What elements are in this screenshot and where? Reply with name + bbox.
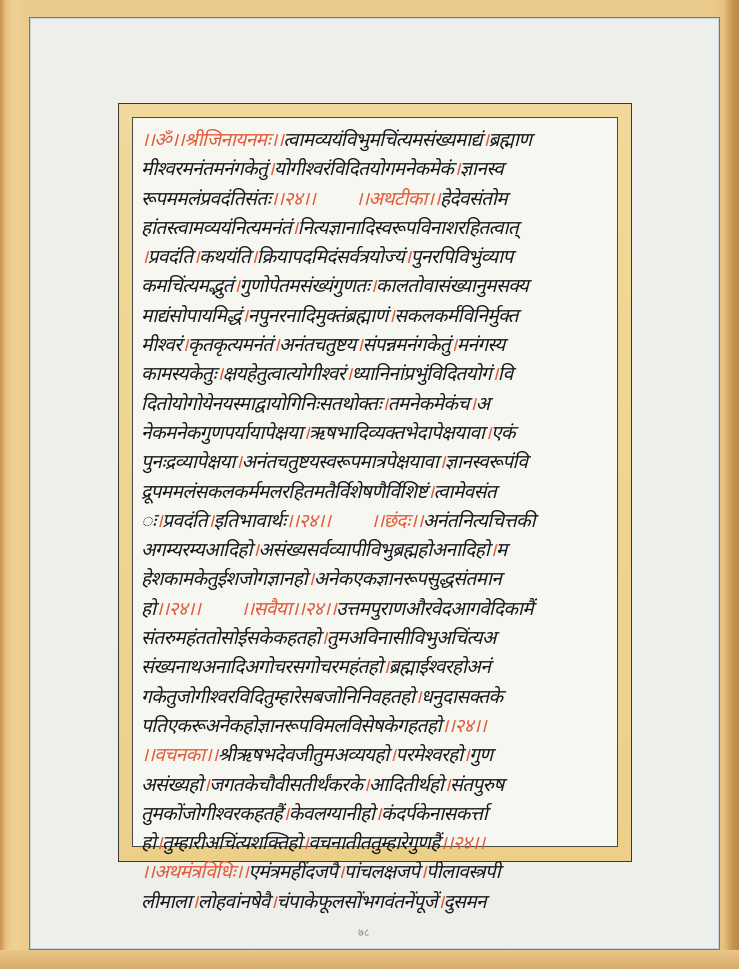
rubric-text: ।।सवैया।।२४।।: [240, 598, 336, 620]
rubric-text: ।: [337, 861, 344, 883]
rubric-text: ।: [369, 275, 376, 297]
body-text: तुमकोंजोगीश्वरकहतहैं: [141, 803, 282, 825]
rubric-text: ।: [181, 334, 188, 356]
manuscript-line: हांतस्त्वामव्ययंनित्यमनंतं।नित्यज्ञानादि…: [141, 214, 611, 243]
rubric-text: ।: [307, 568, 314, 590]
rubric-text: ।: [302, 422, 309, 444]
body-text: ज्ञानस्वरूपंवि: [445, 451, 527, 473]
rubric-text: ।।अथटीका।।: [355, 188, 440, 210]
manuscript-line: हो।।२४।।।।सवैया।।२४।।उत्तमपुराणऔरवेदआगवे…: [141, 595, 611, 624]
body-text: तमनेकमेकंच: [388, 393, 469, 415]
body-text: ब्रह्माईश्वरहोअनं: [389, 656, 490, 678]
rubric-text: ।।२४।।: [441, 715, 486, 737]
body-text: नपुनरनादिमुक्तं: [248, 305, 345, 327]
rubric-text: ।: [250, 246, 257, 268]
body-text: संतरुमहंततोसोईसकेकहतहो: [141, 627, 320, 649]
rubric-text: ।: [482, 129, 489, 151]
body-text: पांचलक्षजपे: [344, 861, 420, 883]
manuscript-line: कामस्यकेतुः।क्षयहेतुत्वात्योगीश्वरं।ध्या…: [141, 360, 611, 389]
body-text: मीश्वरमनंतमनंगकेतुं: [141, 158, 267, 180]
manuscript-line: संख्यनाथअनादिअगोचरसगोचरमहंतहो।ब्रह्माईश्…: [141, 653, 611, 682]
text-panel: ।।ॐ।।श्रीजिनायनमः।।त्वामव्ययंविभुमचिंत्य…: [132, 117, 618, 847]
rubric-text: ।।अथमंत्रविधिः।।: [141, 861, 248, 883]
rubric-text: ।: [374, 803, 381, 825]
body-text: तुमअविनासीविभुअचिंत्यअ: [327, 627, 496, 649]
body-text: अ: [475, 393, 489, 415]
manuscript-line: द्रूपममलंसकलकर्ममलरहितमतैर्विशेषणैर्विशि…: [141, 478, 611, 507]
rubric-text: ।: [404, 246, 411, 268]
body-text: कृतकृत्यमनंतं: [188, 334, 272, 356]
manuscript-line: ।।अथमंत्रविधिः।।एमंत्रमहींदजपै।पांचलक्षज…: [141, 858, 611, 887]
manuscript-line: माद्यंसोपायमिद्धं।नपुनरनादिमुक्तंब्रह्मा…: [141, 302, 611, 331]
manuscript-line: असंख्यहो।जगतकेचौवीसतीर्थंकरके।आदितीर्थहो…: [141, 771, 611, 800]
body-text: वि: [498, 363, 513, 385]
body-text: तुम्हारीअचिंत्यशक्तिहो: [162, 832, 302, 854]
body-text: परमेश्वरहो: [395, 744, 462, 766]
body-text: लोहवांनषेवै: [198, 891, 270, 913]
rubric-text: ।: [484, 422, 491, 444]
rubric-text: ।: [381, 393, 388, 415]
body-text: संपन्नमनंगकेतुं: [362, 334, 450, 356]
manuscript-line: ।प्रवदंति।कथयंति।क्रियापदमिदंसर्वत्रयोज्…: [141, 243, 611, 272]
body-text: अनंतनित्यचित्तकी: [423, 510, 535, 532]
rubric-text: ।: [191, 891, 198, 913]
manuscript-line: गकेतुजोगीश्वरविदितुम्हारेसबजोनिनिवहतहो।ध…: [141, 683, 611, 712]
body-text: लीमाला: [141, 891, 191, 913]
rubric-text: ।: [241, 305, 248, 327]
rubric-text: ।: [267, 158, 274, 180]
body-text: नेकमनेकगुणपर्यायापेक्षया: [141, 422, 302, 444]
rubric-text: ।: [272, 334, 279, 356]
body-text: द्रूपममलंसकलकर्ममलरहितमतैर्विशेषणैर्विशि…: [141, 481, 427, 503]
body-text: मीश्वरं: [141, 334, 181, 356]
body-text: हो: [141, 832, 155, 854]
body-text: असंख्यसर्वव्यापीविभुब्रह्महोअनादिहो: [258, 539, 489, 561]
body-text: त्वामव्ययंविभुमचिंत्यमसंख्यमाद्यं: [283, 129, 482, 151]
body-text: आदितीर्थहो: [369, 774, 443, 796]
manuscript-line: ।।वचनका।।श्रीऋषभदेवजीतुमअव्ययहो।परमेश्वर…: [141, 741, 611, 770]
rubric-text: ।: [427, 481, 434, 503]
body-text: मनंगस्य: [457, 334, 505, 356]
body-text: प्रवदंति: [148, 246, 193, 268]
manuscript-line: अगम्यरम्यआदिहो।असंख्यसर्वव्यापीविभुब्रह्…: [141, 536, 611, 565]
body-text: कामस्यकेतुः: [141, 363, 216, 385]
manuscript-line: नेकमनेकगुणपर्यायापेक्षया।ऋषभादिव्यक्तभेद…: [141, 419, 611, 448]
body-text: क्रियापदमिदंसर्वत्रयोज्यं: [257, 246, 404, 268]
manuscript-line: हो।तुम्हारीअचिंत्यशक्तिहो।वचनातीततुम्हार…: [141, 829, 611, 858]
body-text: रूपममलंप्रवदंतिसंतः: [141, 188, 270, 210]
body-text: ऋषभादिव्यक्तभेदापेक्षयावा: [309, 422, 484, 444]
body-text: ध्यानिनांप्रभुंविदितयोगं: [352, 363, 492, 385]
manuscript-line: पुनःद्रव्यापेक्षया।अनंतचतुष्टयस्वरूपमात्…: [141, 448, 611, 477]
body-text: प्रवदंति: [162, 510, 207, 532]
body-text: गकेतुजोगीश्वरविदितुम्हारेसबजोनिनिवहतहो: [141, 686, 414, 708]
rubric-text: ।: [419, 861, 426, 883]
rubric-text: ।: [362, 774, 369, 796]
body-text: त्वामेवसंत: [434, 481, 497, 503]
body-text: माद्यंसोपायमिद्धं: [141, 305, 241, 327]
manuscript-line: पतिएकरूअनेकहोज्ञानरूपविमलविसेषकेगहतहो।।२…: [141, 712, 611, 741]
manuscript-line: हेशकामकेतुईशजोगज्ञानहो।अनेकएकज्ञानरूपसुद…: [141, 565, 611, 594]
body-text: हेशकामकेतुईशजोगज्ञानहो: [141, 568, 307, 590]
manuscript-line: तुमकोंजोगीश्वरकहतहैं।केवलग्यानीहो।कंदर्प…: [141, 800, 611, 829]
body-text: नित्यज्ञानादिस्वरूपविनाशरहितत्वात्: [298, 217, 519, 239]
body-text: अनंतचतुष्टयस्वरूपमात्रपेक्षयावा: [241, 451, 438, 473]
body-text: हेदेवसंतोम: [440, 188, 507, 210]
page-number: ७८: [358, 925, 369, 940]
body-text: म: [496, 539, 507, 561]
body-text: क्षयहेतुत्वात्योगीश्वरं: [223, 363, 345, 385]
body-text: संतपुरुष: [450, 774, 504, 796]
body-text: इतिभावार्थः: [214, 510, 286, 532]
rubric-text: ।: [453, 158, 460, 180]
rubric-text: ।: [216, 363, 223, 385]
manuscript-line: कमचिंत्यमद्भुतं।गुणोपेतमसंख्यंगुणतः।कालत…: [141, 272, 611, 301]
rubric-text: ।: [491, 363, 498, 385]
book-board-bottom-edge: [0, 950, 739, 969]
body-text: जगतकेचौवीसतीर्थंकरके: [209, 774, 362, 796]
rubric-text: ।।छंदः।।: [370, 510, 422, 532]
rubric-text: ।: [414, 686, 421, 708]
body-text: दुसमन: [444, 891, 486, 913]
body-text: चंपाकेफूलसोंभगवंतनेंपूजें: [276, 891, 437, 913]
body-text: उत्तमपुराणऔरवेदआगवेदिकामैं: [336, 598, 533, 620]
body-text: एकं: [491, 422, 515, 444]
body-text: कालतोवासंख्यानुमसक्य: [376, 275, 528, 297]
body-text: ब्रह्माण: [489, 129, 532, 151]
body-text: हांतस्त्वामव्ययंनित्यमनंतं: [141, 217, 291, 239]
body-text: हो: [141, 598, 155, 620]
body-text: धनुदासक्तके: [421, 686, 503, 708]
rubric-text: ।।वचनका।।: [141, 744, 218, 766]
manuscript-line: रूपममलंप्रवदंतिसंतः।।२४।।।।अथटीका।।हेदेव…: [141, 185, 611, 214]
rubric-text: ।: [141, 246, 148, 268]
manuscript-line: संतरुमहंततोसोईसकेकहतहो।तुमअविनासीविभुअचि…: [141, 624, 611, 653]
body-text: ः: [141, 510, 156, 532]
body-text: कंदर्पकेनासकर्त्ता: [381, 803, 487, 825]
rubric-text: ।।२४।।: [155, 598, 200, 620]
rubric-text: ।: [320, 627, 327, 649]
body-text: पीलावस्त्रपी: [426, 861, 500, 883]
manuscript-line: मीश्वरमनंतमनंगकेतुं।योगीश्वरंविदितयोगमने…: [141, 155, 611, 184]
rubric-text: ।: [443, 774, 450, 796]
rubric-text: ।: [450, 334, 457, 356]
body-text: अनेकएकज्ञानरूपसुद्धसंतमान: [314, 568, 501, 590]
body-text: कमचिंत्यमद्भुतं: [141, 275, 233, 297]
body-text: ब्रह्माणं: [345, 305, 388, 327]
body-text: केवलग्यानीहो: [289, 803, 375, 825]
body-text: पुनरपिविभुंव्याप: [411, 246, 513, 268]
rubric-text: ।।२४।।: [440, 832, 485, 854]
manuscript-line: ।।ॐ।।श्रीजिनायनमः।।त्वामव्ययंविभुमचिंत्य…: [141, 126, 611, 155]
body-text: योगीश्वरंविदितयोगमनेकमेकं: [274, 158, 453, 180]
body-text: गुण: [469, 744, 492, 766]
rubric-text: ।: [438, 451, 445, 473]
body-text: पुनःद्रव्यापेक्षया: [141, 451, 235, 473]
manuscript-line: लीमाला।लोहवांनषेवै।चंपाकेफूलसोंभगवंतनेंप…: [141, 888, 611, 917]
body-text: अनंतचतुष्टय: [279, 334, 356, 356]
body-text: गुणोपेतमसंख्यंगुणतः: [239, 275, 369, 297]
body-text: पतिएकरूअनेकहोज्ञानरूपविमलविसेषकेगहतहो: [141, 715, 441, 737]
rubric-text: ।: [437, 891, 444, 913]
rubric-text: ।: [382, 656, 389, 678]
body-text: कथयंति: [199, 246, 250, 268]
body-text: श्रीऋषभदेवजीतुमअव्ययहो: [218, 744, 389, 766]
manuscript-line: मीश्वरं।कृतकृत्यमनंतं।अनंतचतुष्टय।संपन्न…: [141, 331, 611, 360]
rubric-text: ।।२४।।: [285, 510, 330, 532]
body-text: वचनातीततुम्हारेगुणहैं: [308, 832, 439, 854]
rubric-text: ।: [291, 217, 298, 239]
rubric-text: ।।२४।।: [270, 188, 315, 210]
body-text: ज्ञानस्व: [460, 158, 503, 180]
body-text: संख्यनाथअनादिअगोचरसगोचरमहंतहो: [141, 656, 382, 678]
manuscript-line: ः।प्रवदंति।इतिभावार्थः।।२४।।।।छंदः।।अनंत…: [141, 507, 611, 536]
rubric-text: ।: [345, 363, 352, 385]
body-text: सकलकर्मविनिर्मुक्त: [394, 305, 518, 327]
rubric-text: ।: [207, 510, 214, 532]
body-text: अगम्यरम्यआदिहो: [141, 539, 252, 561]
rubric-text: ।।ॐ।।श्रीजिनायनमः।।: [141, 129, 283, 151]
body-text: असंख्यहो: [141, 774, 203, 796]
manuscript-line: दितोयोगोयेनयस्माद्वायोगिनिःसतथोक्तः।तमने…: [141, 390, 611, 419]
body-text: दितोयोगोयेनयस्माद्वायोगिनिःसतथोक्तः: [141, 393, 381, 415]
body-text: एमंत्रमहींदजपै: [248, 861, 337, 883]
rubric-text: ।: [489, 539, 496, 561]
rubric-text: ।: [282, 803, 289, 825]
